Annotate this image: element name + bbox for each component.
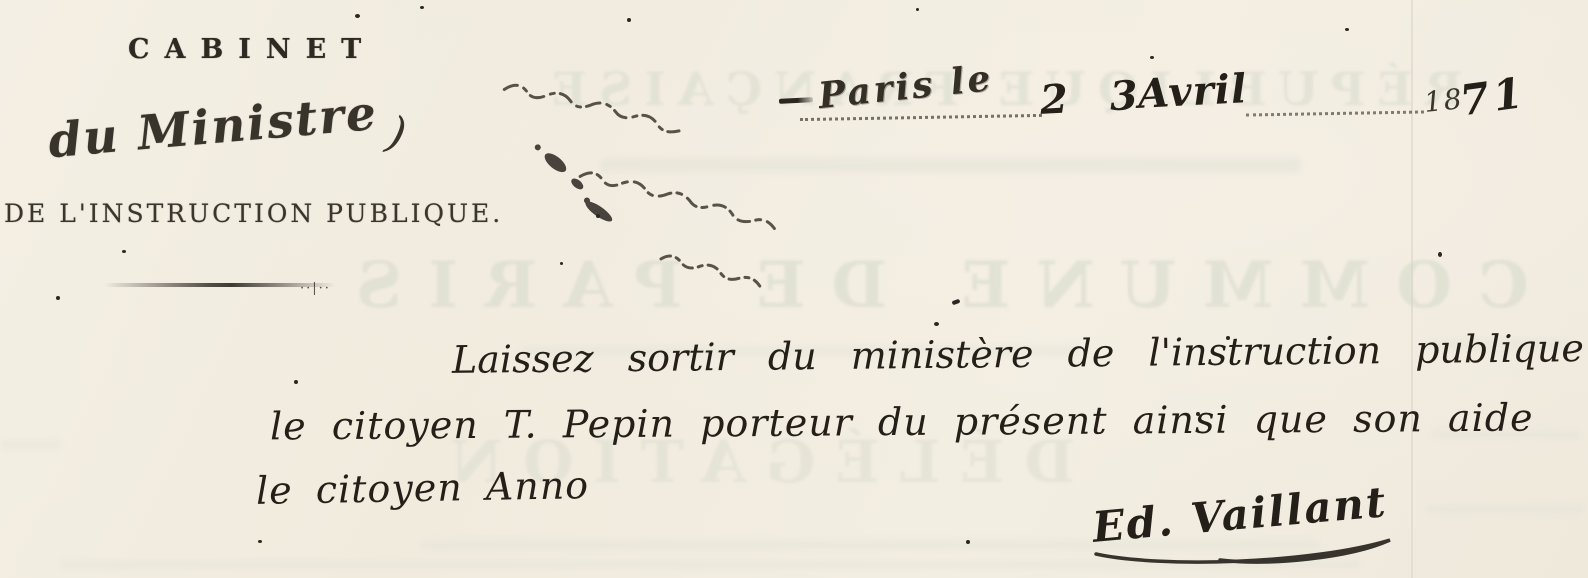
- ink-speck: [420, 6, 424, 9]
- ink-speck: [56, 296, 60, 300]
- letterhead-cabinet: CABINET: [128, 34, 376, 65]
- document-page: RÉPUBLIQUE FRANÇAISE COMMUNE DE PARIS DÉ…: [0, 0, 1588, 578]
- ink-speck: [627, 18, 631, 22]
- letterhead-du-ministre: du Ministre: [46, 86, 380, 170]
- letterhead-rule-ornament: ··|··: [300, 281, 331, 296]
- ink-speck: [916, 8, 919, 11]
- ink-speck: [294, 380, 298, 384]
- ink-speck: [122, 250, 126, 253]
- body-line-3: le citoyen Anno: [256, 463, 590, 513]
- ink-speck: [1196, 412, 1200, 416]
- ink-speck: [1345, 28, 1349, 31]
- ink-speck: [1226, 336, 1230, 340]
- dateline-year-handwritten: 71: [1457, 68, 1530, 126]
- ink-speck: [355, 14, 360, 18]
- ink-speck: [1150, 56, 1154, 59]
- signature-flourish: [1090, 528, 1410, 568]
- paper-fold-line: [1411, 0, 1413, 578]
- ink-speck: [966, 540, 970, 544]
- ghost-republique-francaise: RÉPUBLIQUE FRANÇAISE: [540, 62, 1463, 116]
- body-line-2: le citoyen T. Pepin porteur du présent a…: [270, 396, 1534, 449]
- ghost-commune-de-paris: COMMUNE DE PARIS: [330, 248, 1529, 323]
- ink-speck: [560, 262, 563, 265]
- letterhead-flourish: ): [382, 107, 411, 161]
- ghost-bar-right-edge-3: [1425, 505, 1585, 514]
- dateline-month: Avril: [1137, 65, 1248, 118]
- letterhead-instruction-publique: DE L'INSTRUCTION PUBLIQUE.: [4, 199, 503, 228]
- ink-speck: [596, 214, 600, 218]
- ink-speck: [1438, 252, 1442, 257]
- body-line-1: Laissez sortir du ministère de l'instruc…: [452, 326, 1584, 382]
- ghost-bar-left-edge: [0, 440, 60, 449]
- ink-speck: [258, 540, 262, 543]
- ink-speck: [934, 322, 939, 326]
- dateline-day: 2 3: [1039, 71, 1153, 124]
